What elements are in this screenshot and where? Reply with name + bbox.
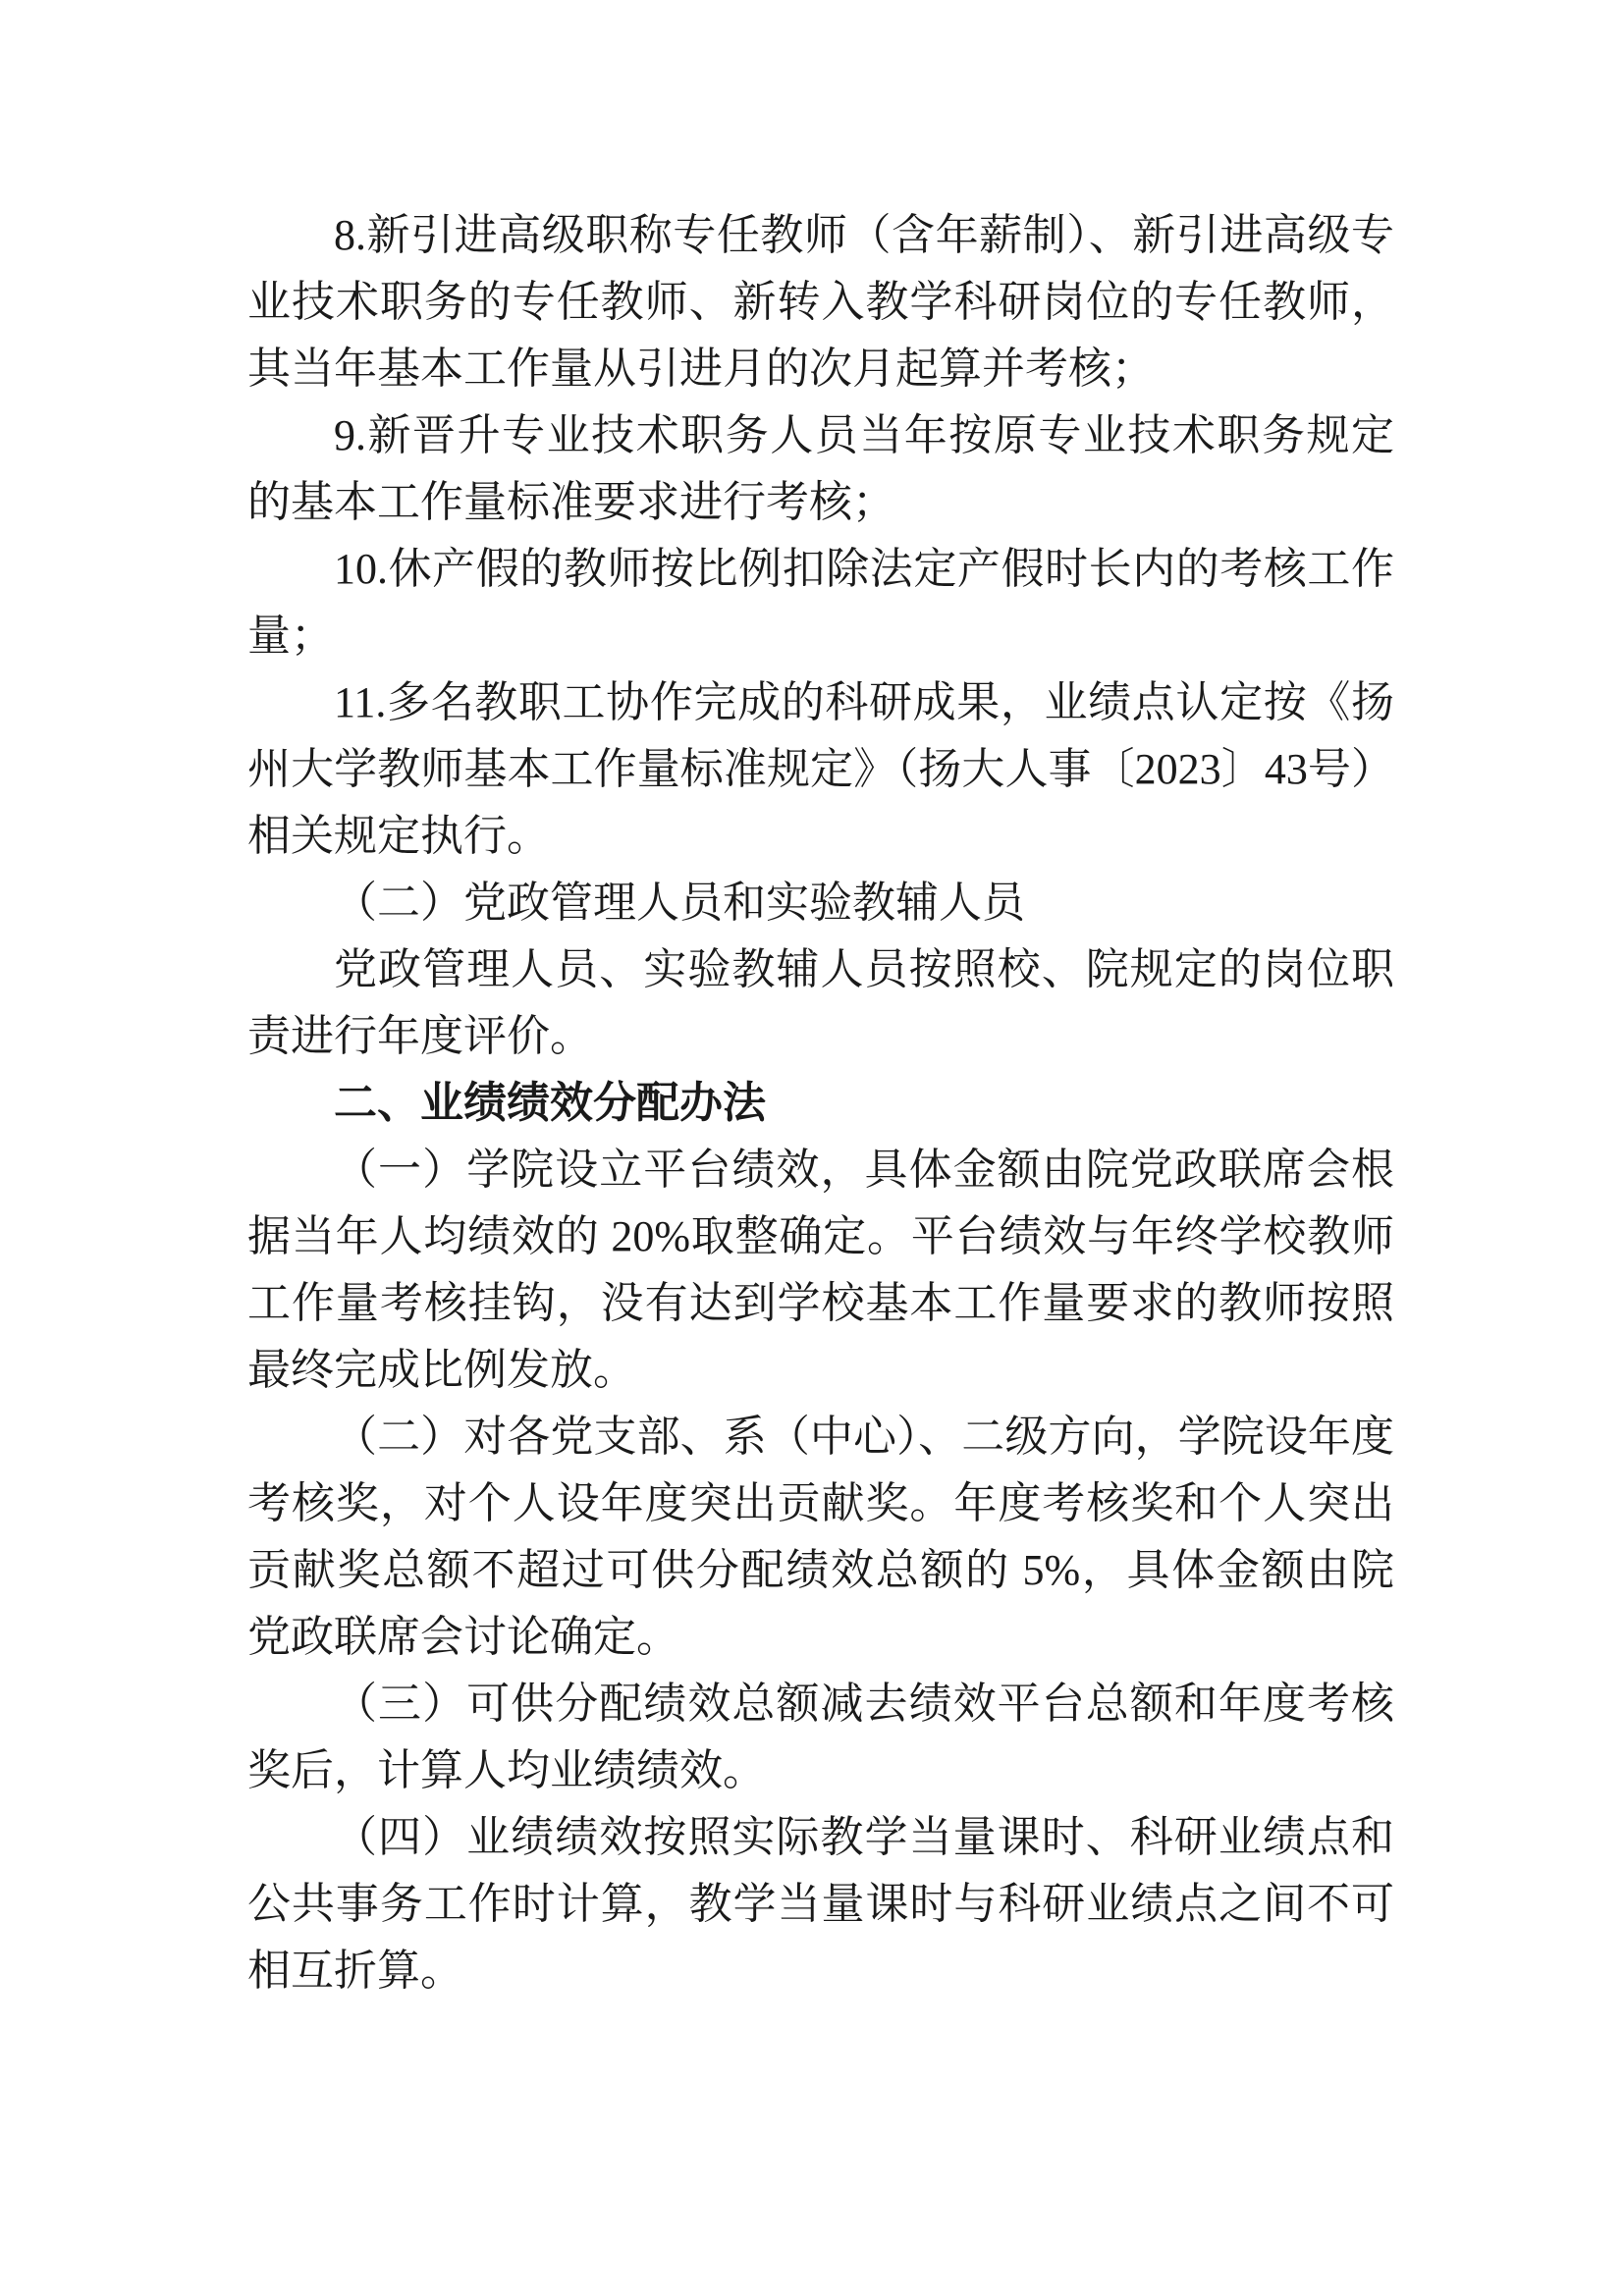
paragraph-item-9: 9.新晋升专业技术职务人员当年按原专业技术职务规定的基本工作量标准要求进行考核；	[247, 402, 1394, 536]
paragraph-item-8: 8.新引进高级职称专任教师（含年薪制）、新引进高级专业技术职务的专任教师、新转入…	[247, 202, 1394, 402]
section-2-heading: 二、业绩绩效分配办法	[247, 1070, 1394, 1137]
document-body: 8.新引进高级职称专任教师（含年薪制）、新引进高级专业技术职务的专任教师、新转入…	[247, 202, 1394, 2004]
subsection-1-2-body: 党政管理人员、实验教辅人员按照校、院规定的岗位职责进行年度评价。	[247, 936, 1394, 1070]
document-page: 8.新引进高级职称专任教师（含年薪制）、新引进高级专业技术职务的专任教师、新转入…	[0, 0, 1624, 2296]
paragraph-section-2-2: （二）对各党支部、系（中心）、二级方向，学院设年度考核奖，对个人设年度突出贡献奖…	[247, 1404, 1394, 1671]
paragraph-section-2-1: （一）学院设立平台绩效，具体金额由院党政联席会根据当年人均绩效的 20%取整确定…	[247, 1137, 1394, 1404]
paragraph-item-10: 10.休产假的教师按比例扣除法定产假时长内的考核工作量；	[247, 536, 1394, 669]
paragraph-section-2-4: （四）业绩绩效按照实际教学当量课时、科研业绩点和公共事务工作时计算，教学当量课时…	[247, 1804, 1394, 2004]
subsection-1-2-title: （二）党政管理人员和实验教辅人员	[247, 870, 1394, 936]
paragraph-item-11: 11.多名教职工协作完成的科研成果，业绩点认定按《扬州大学教师基本工作量标准规定…	[247, 669, 1394, 870]
paragraph-section-2-3: （三）可供分配绩效总额减去绩效平台总额和年度考核奖后，计算人均业绩绩效。	[247, 1671, 1394, 1804]
